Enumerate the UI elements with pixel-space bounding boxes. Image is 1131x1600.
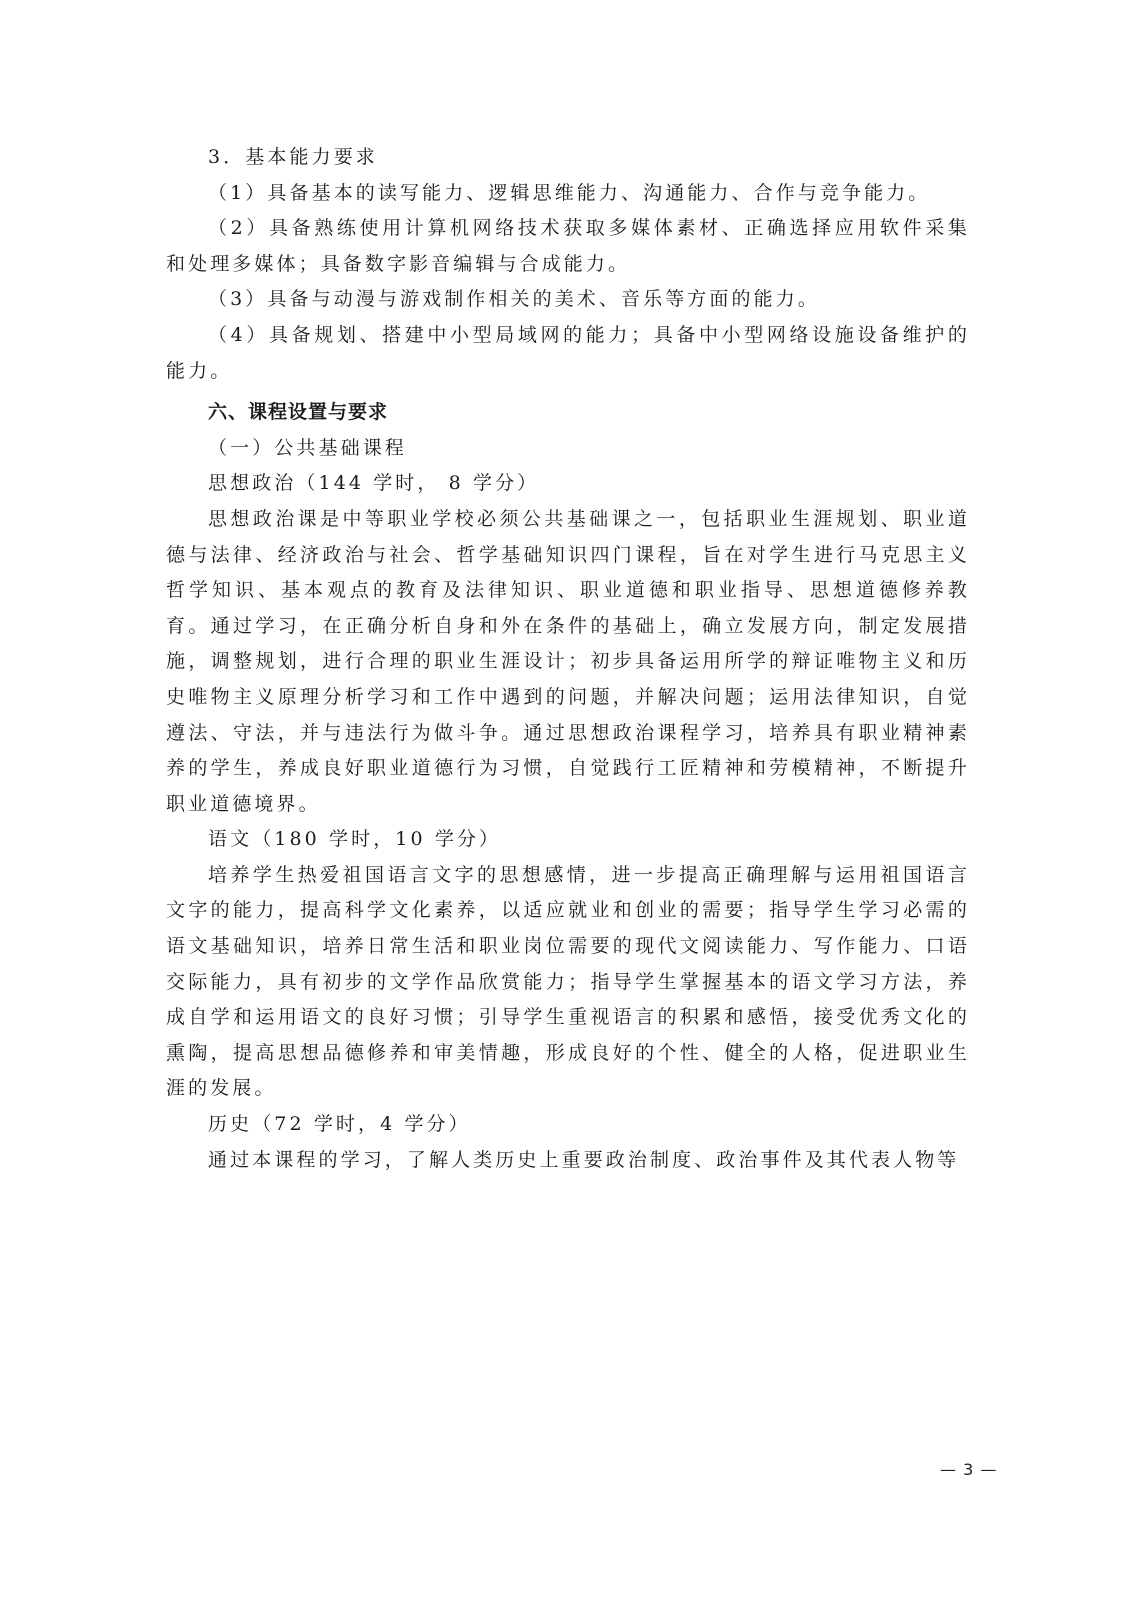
document-page: 3．基本能力要求 （1）具备基本的读写能力、逻辑思维能力、沟通能力、合作与竞争能…	[166, 140, 970, 1178]
course-title-politics: 思想政治（144 学时， 8 学分）	[166, 466, 970, 502]
ability-item-4: （4）具备规划、搭建中小型局域网的能力；具备中小型网络设施设备维护的能力。	[166, 318, 970, 389]
course-description-history: 通过本课程的学习，了解人类历史上重要政治制度、政治事件及其代表人物等	[166, 1143, 970, 1179]
subsection-heading-public-courses: （一）公共基础课程	[166, 431, 970, 467]
course-title-history: 历史（72 学时，4 学分）	[166, 1107, 970, 1143]
course-description-chinese: 培养学生热爱祖国语言文字的思想感情，进一步提高正确理解与运用祖国语言文字的能力，…	[166, 858, 970, 1107]
course-title-chinese: 语文（180 学时，10 学分）	[166, 822, 970, 858]
page-number: — 3 —	[940, 1460, 997, 1479]
section-heading-curriculum: 六、课程设置与要求	[166, 395, 970, 431]
section-heading-basic-abilities: 3．基本能力要求	[166, 140, 970, 176]
ability-item-3: （3）具备与动漫与游戏制作相关的美术、音乐等方面的能力。	[166, 282, 970, 318]
ability-item-2: （2）具备熟练使用计算机网络技术获取多媒体素材、正确选择应用软件采集和处理多媒体…	[166, 211, 970, 282]
course-description-politics: 思想政治课是中等职业学校必须公共基础课之一，包括职业生涯规划、职业道德与法律、经…	[166, 502, 970, 822]
ability-item-1: （1）具备基本的读写能力、逻辑思维能力、沟通能力、合作与竞争能力。	[166, 176, 970, 212]
